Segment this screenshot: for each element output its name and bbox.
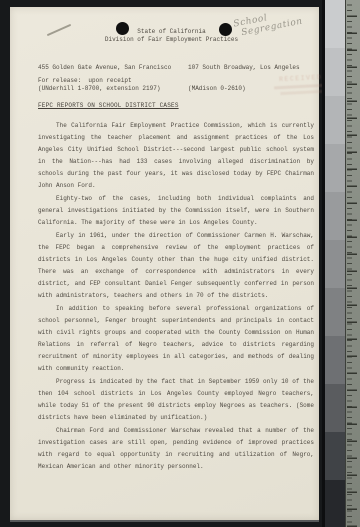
press-release-page: School Segregation RECEIVED State of Cal… — [10, 7, 319, 520]
ruler-major-ticks — [347, 0, 357, 527]
paragraph-6: Chairman Ford and Commissioner Warschaw … — [38, 425, 314, 473]
address-sf-line2: (UNderhill 1-8700, extension 2197) — [38, 85, 188, 92]
typewritten-document: State of California Division of Fair Emp… — [10, 7, 319, 520]
address-la-line1: 107 South Broadway, Los Angeles — [188, 64, 328, 71]
address-la-line2: (MAdison 0-2610) — [188, 85, 328, 92]
paragraph-3: Early in 1961, under the direction of Co… — [38, 230, 314, 302]
release-instruction: For release: upon receipt — [38, 77, 132, 84]
paragraph-2: Eighty-two of the cases, including both … — [38, 193, 314, 229]
letterhead: State of California Division of Fair Emp… — [38, 28, 305, 43]
paragraph-1: The California Fair Employment Practice … — [38, 120, 314, 192]
document-body: FEPC REPORTS ON SCHOOL DISTRICT CASES Th… — [38, 100, 314, 474]
paragraph-4: In addition to speaking before several p… — [38, 303, 314, 375]
ruler-scale — [345, 0, 360, 527]
address-sf-line1: 455 Golden Gate Avenue, San Francisco — [38, 64, 188, 71]
headline: FEPC REPORTS ON SCHOOL DISTRICT CASES — [38, 100, 314, 112]
letterhead-state: State of California — [38, 28, 305, 36]
paragraph-5: Progress is indicated by the fact that i… — [38, 376, 314, 424]
archival-photo-of-press-release: { "colors": { "photo_background": "#1719… — [0, 0, 360, 527]
letterhead-division: Division of Fair Employment Practices — [38, 36, 305, 44]
address-los-angeles: 107 South Broadway, Los Angeles (MAdison… — [188, 50, 328, 106]
